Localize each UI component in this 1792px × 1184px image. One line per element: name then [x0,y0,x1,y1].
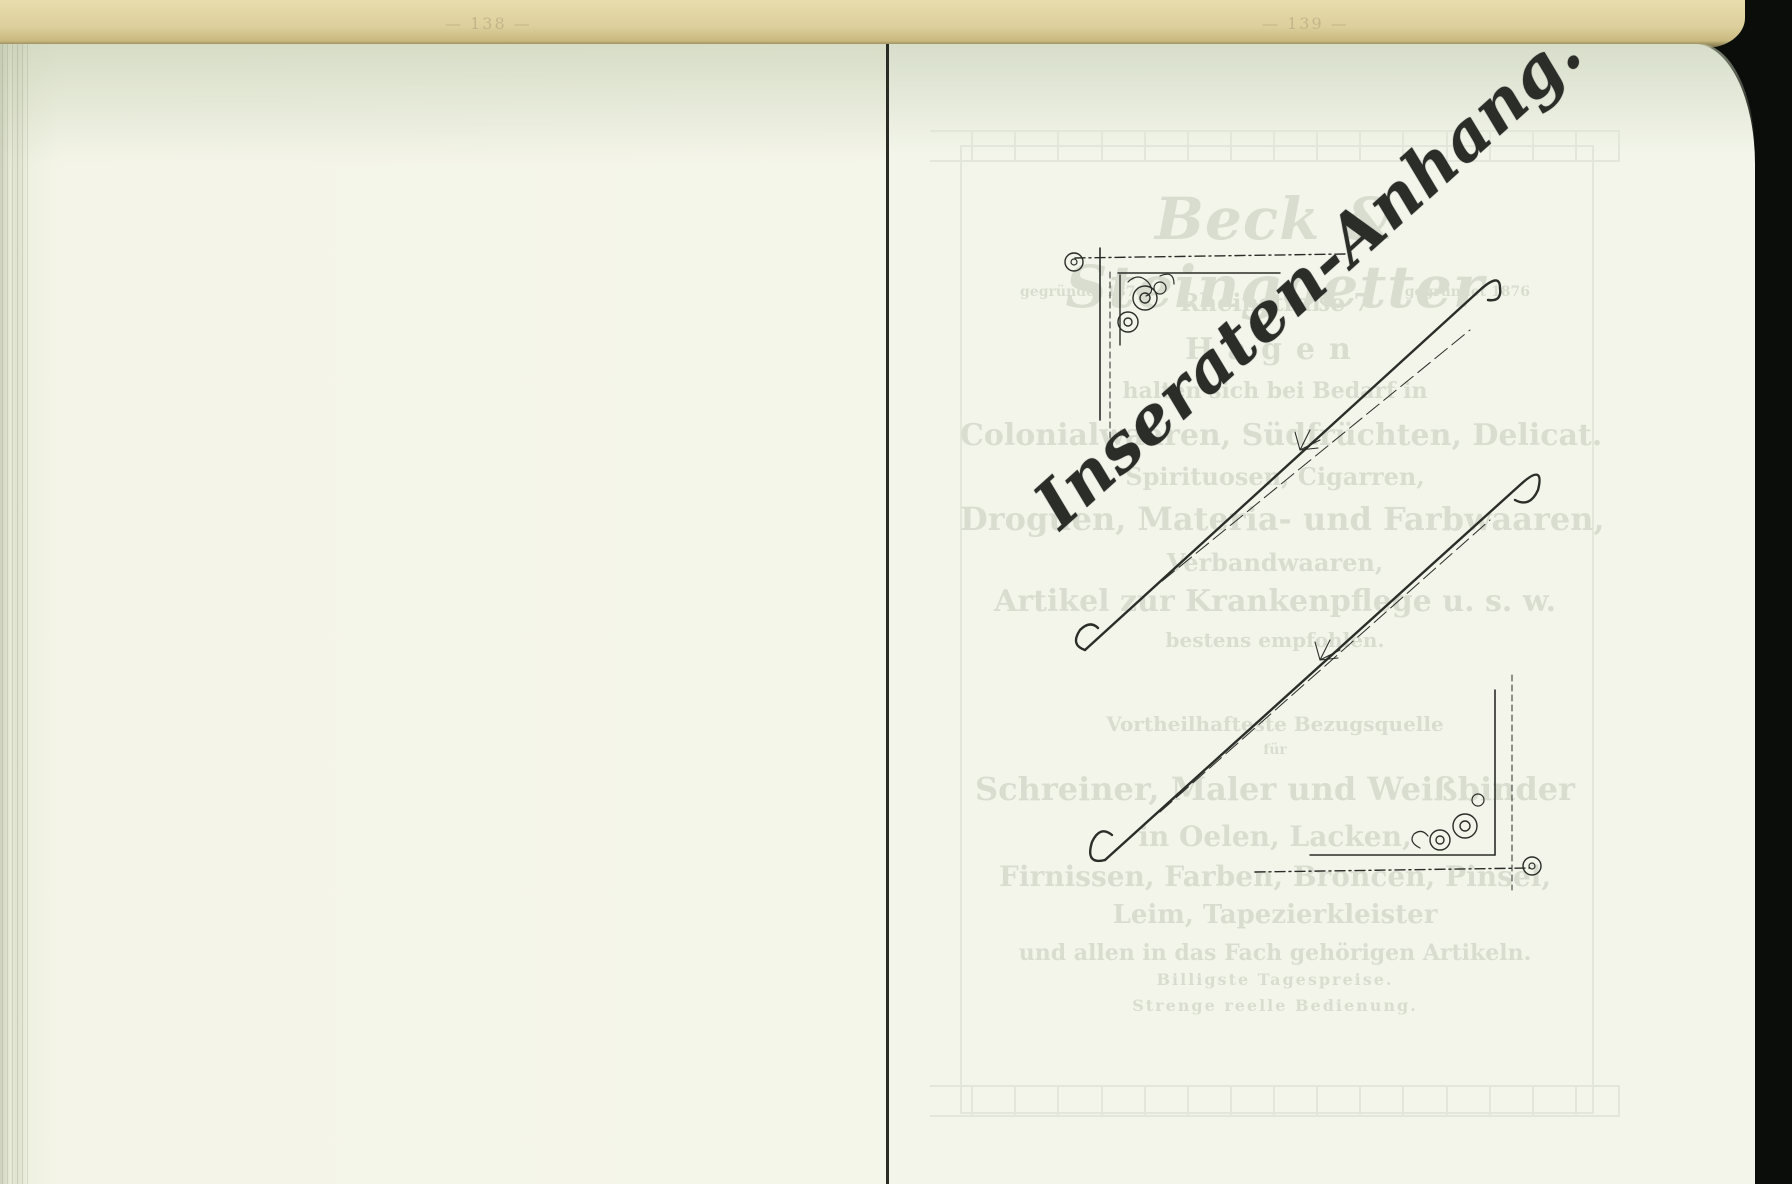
ghost-line: Vortheilhafteste Bezugsquelle [960,712,1590,736]
ghost-line: bestens empfohlen. [960,628,1590,652]
ghost-line: halten sich bei Bedarf in [960,378,1590,404]
ghost-line: und allen in das Fach gehörigen Artikeln… [960,940,1590,966]
ghost-line: Leim, Tapezierkleister [960,900,1590,930]
ghost-line: Strenge reelle Bedienung. [960,996,1590,1015]
ghost-line: Firnissen, Farben, Broncen, Pinsel, [960,860,1590,893]
ghost-established-right: gegründet 1876 [1405,285,1530,300]
page-head-edge: — 138 — — 139 — [0,0,1745,48]
page-stack-edge [2,44,32,1184]
ghost-line: Billigste Tagespreise. [960,970,1590,989]
right-page-number: — 139 — [1262,14,1349,33]
ghost-line: in Oelen, Lacken, [960,820,1590,853]
ghost-border-bottom [930,1085,1620,1117]
left-page [0,44,890,1184]
ghost-line: Verbandwaaren, [960,548,1590,577]
ghost-line: für [960,742,1590,758]
ghost-line: Colonialwaaren, Südfrüchten, Delicat. [960,418,1590,453]
ghost-line: Schreiner, Maler und Weißbinder [960,770,1590,808]
ghost-line: Artikel zur Krankenpflege u. s. w. [960,584,1590,619]
book-scan: — 138 — — 139 — Beck & Steingoetter gegr… [0,0,1792,1184]
left-page-number: — 138 — [445,14,532,33]
